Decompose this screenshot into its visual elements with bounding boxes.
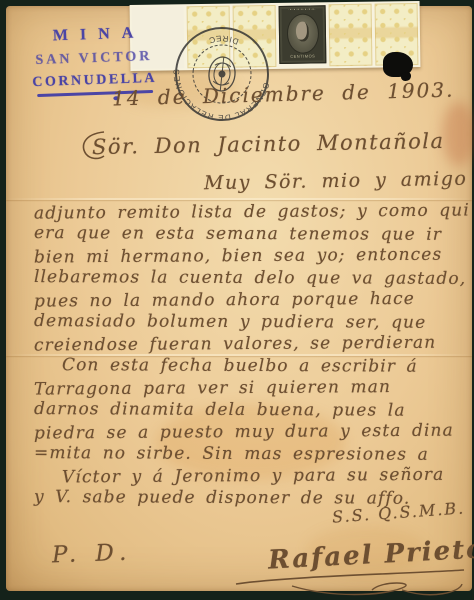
body-line: Con esta fecha buelbo a escribir á	[62, 354, 470, 378]
postmark-bottom-text: DIREC	[206, 32, 241, 49]
body-line: llebaremos la cuenta delo que va gastado…	[34, 266, 470, 290]
body-line: adjunto remito lista de gastos; y como q…	[34, 199, 470, 224]
signature-flourish	[232, 546, 468, 598]
body-line: creiendose fueran valores, se perdieran	[34, 331, 470, 356]
stamp-line-san-victor: SAN VICTOR	[26, 49, 162, 70]
letter-body: adjunto remito lista de gastos; y como q…	[34, 201, 470, 509]
stamp-line-mina: MINA	[25, 24, 162, 47]
body-line: pues no la mando ahora porque hace	[34, 287, 470, 312]
body-line: =mita no sirbe. Sin mas espresiones a	[34, 442, 470, 466]
body-line: Tarragona para ver si quieren man	[34, 375, 470, 400]
body-line: Víctor y á Jeronimo y para su señora	[62, 464, 470, 489]
postmark-circle: GENERAL DE RELACIONES DIREC	[167, 19, 277, 129]
stamp-denomination: CENTIMOS	[290, 53, 315, 59]
photo-mount: ·•·•·•·•·•·•·•· CENTIMOS GENERAL DE RELA…	[0, 0, 474, 600]
body-line: era que en esta semana tenemos que ir	[34, 222, 470, 246]
ink-blot	[383, 52, 413, 77]
portrait-stamp: ·•·•·•·•·•·•·•· CENTIMOS	[279, 5, 327, 64]
svg-text:DIREC: DIREC	[206, 32, 241, 49]
body-line: piedra se a puesto muy dura y esta dina	[34, 419, 470, 444]
body-line: darnos dinamita dela buena, pues la	[34, 398, 470, 422]
salutation-line: Muy Sör. mio y amigo	[204, 168, 468, 195]
stamp-top-text: ·•·•·•·•·•·•·•·	[288, 6, 316, 12]
body-line: demasiado bolumen y pudiera ser, que	[34, 310, 470, 334]
paper-stain	[442, 102, 474, 166]
portrait-oval	[286, 13, 319, 53]
portrait-head	[295, 22, 308, 42]
fiscal-stamp-pane	[329, 4, 373, 67]
postscript: P. D.	[52, 540, 133, 569]
body-line: bien mi hermano, bien sea yo; entonces	[34, 243, 470, 268]
